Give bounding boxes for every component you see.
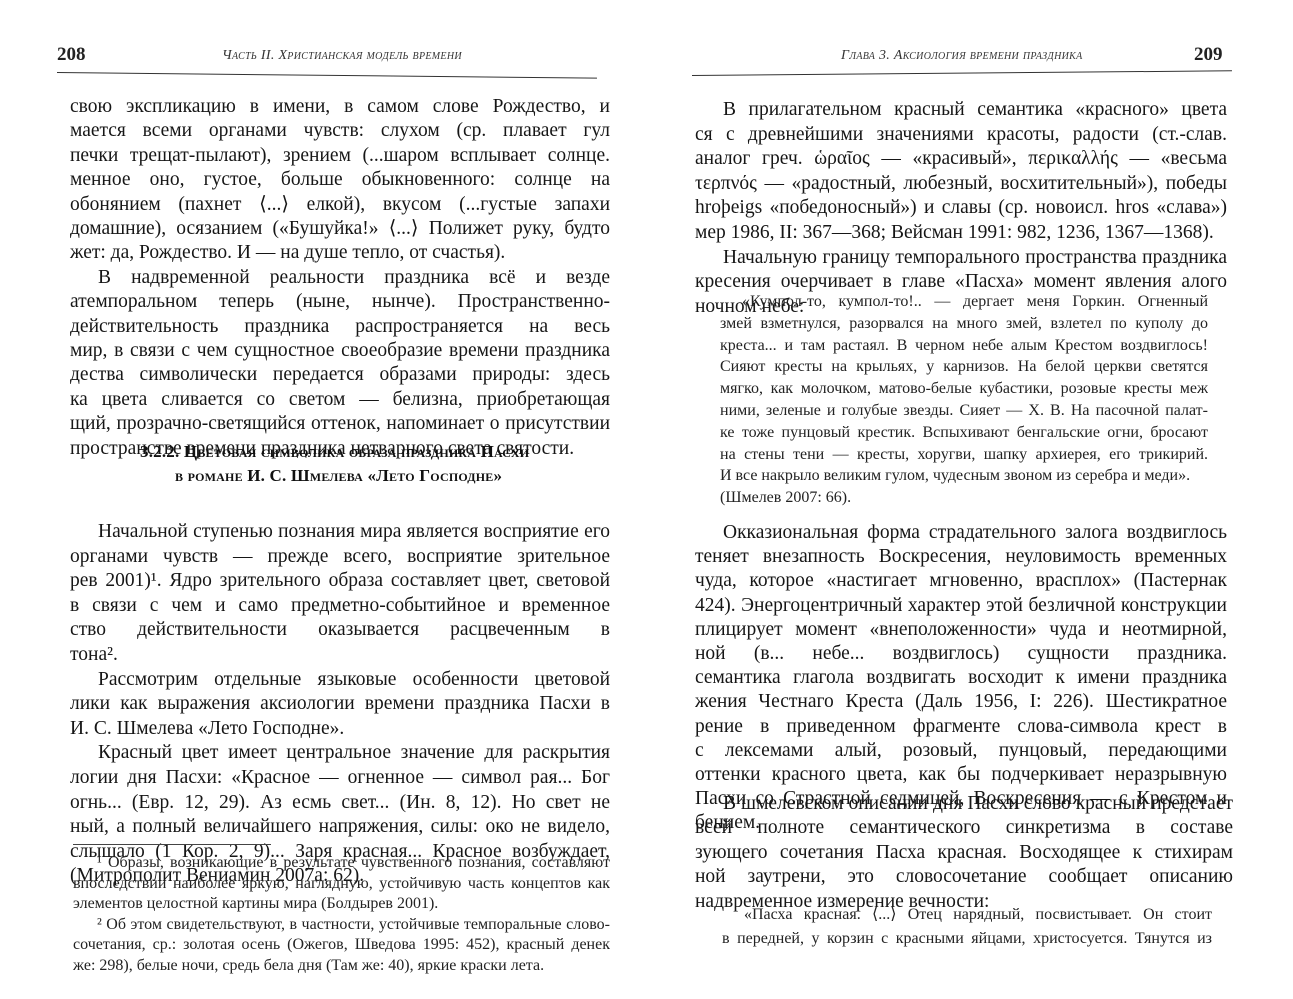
text-line: тона². (70, 643, 118, 667)
text-line: 424). Энергоцентричный характер этой без… (695, 594, 1227, 618)
text-line: действительность праздника распространяе… (70, 315, 610, 339)
footnote-line: ¹ Образы, возникающие в результате чувст… (97, 853, 610, 874)
text-line: Красный цвет имеет центральное значение … (98, 741, 610, 766)
text-line: логии дня Пасхи: «Красное — огненное — с… (70, 766, 610, 791)
text-line: мир, в связи с чем сущностное своеобрази… (70, 339, 610, 363)
right-page: Глава 3. Аксиология времени праздника 20… (650, 0, 1293, 999)
text-line: рение в приведенном фрагменте слова-симв… (695, 715, 1227, 739)
text-line: дества символически передается образами … (70, 363, 610, 387)
text-line: зующего сочетания Пасха красная. Восходя… (695, 841, 1233, 865)
text-line: Начальной ступенью познания мира являетс… (98, 520, 610, 545)
text-line: всей полноте семантического синкретизма … (695, 816, 1233, 840)
footnote-line: элементов целостной картины мира (Болдыр… (73, 894, 438, 914)
text-line: рев 2001)¹. Ядро зрительного образа сост… (70, 569, 610, 594)
text-line: Рассмотрим отдельные языковые особенност… (98, 668, 610, 693)
text-line: ной заутрени, это словосочетание сообщае… (695, 865, 1233, 889)
text-line: с лексемами алый, розовый, пунцовый, пер… (695, 739, 1227, 763)
text-line: мер 1986, II: 367—368; Вейсман 1991: 982… (695, 221, 1214, 245)
text-line: ной (в... небе... воздвиглось) сущности … (695, 642, 1227, 666)
text-line: семантика глагола воздвигать восходит к … (695, 666, 1227, 690)
text-line: мается всеми органами чувств: слухом (ср… (70, 119, 610, 143)
quote-line: мягко, как молочком, матово-белые кубаст… (720, 379, 1208, 401)
header-rule (692, 70, 1232, 76)
quote-line: «Пасха красная. ⟨...⟩ Отец нарядный, пос… (744, 905, 1212, 929)
text-line: огнь... (Евр. 12, 29). Аз есмь свет... (… (70, 791, 610, 816)
quote-line: «Кумпол-то, кумпол-то!.. — дергает меня … (742, 292, 1208, 314)
text-line: ный, а полный величайшего напряжения, си… (70, 815, 610, 840)
quote-line: Сияют кресты на крыльях, у карнизов. На … (720, 357, 1208, 379)
header-rule (57, 72, 597, 79)
footnote-rule (73, 844, 271, 845)
text-line: Окказиональная форма страдательного зало… (723, 521, 1227, 545)
text-line: домашние), осязанием («Бушуйка!» ⟨...⟩ П… (70, 217, 610, 241)
quote-line: ке тоже пунцовый крестик. Вспыхивают бен… (720, 423, 1208, 445)
text-line: Начальную границу темпорального простран… (723, 246, 1227, 271)
text-line: оттенки красного цвета, как бы подчеркив… (695, 763, 1227, 787)
quote-line: змей взметнулся, разорвался на много зме… (720, 314, 1208, 336)
quote-line: И все накрыло великим гулом, чудесным зв… (720, 466, 1190, 486)
footnote-line: ² Об этом свидетельствуют, в частности, … (97, 915, 610, 936)
text-line: В надвременной реальности праздника всё … (98, 266, 610, 290)
text-line: ся с древнейшими значениями красоты, рад… (695, 123, 1227, 148)
text-line: аналог греч. ὡραῖος — «красивый», περικα… (695, 147, 1227, 172)
quote-line: креста... и там растаял. В черном небе а… (720, 336, 1208, 358)
left-page: 208 Часть II. Христианская модель времен… (0, 0, 640, 999)
quote-line: в передней, у корзин с красными яйцами, … (722, 929, 1212, 953)
text-line: лики как выражения аксиологии времени пр… (70, 692, 610, 717)
text-line: чуда, которое «настигает мгновенно, врас… (695, 569, 1227, 593)
text-line: обонянием (пахнет ⟨...⟩ елкой), вкусом (… (70, 193, 610, 217)
quote-line: ними, зеленые и голубые звезды. Сияет — … (720, 401, 1208, 423)
text-line: ство действительности оказывается расцве… (70, 618, 610, 643)
footnote-line: впоследствии наиболее яркую, наглядную, … (73, 874, 610, 895)
text-line: атемпоральном теперь (ныне, нынче). Прос… (70, 290, 610, 314)
text-line: И. С. Шмелева «Лето Господне». (70, 717, 344, 741)
text-line: органами чувств — прежде всего, восприят… (70, 545, 610, 570)
text-line: жет: да, Рождество. И — на душе тепло, о… (70, 241, 505, 265)
text-line: менное оно, густое, больше обыкновенного… (70, 168, 610, 192)
text-line: ка цвета сливается со светом — белизна, … (70, 388, 610, 412)
page-number: 208 (57, 44, 86, 66)
text-line: плицирует момент «внеположенности» чуда … (695, 618, 1227, 642)
running-head: Глава 3. Аксиология времени праздника (841, 48, 1083, 64)
text-line: τερπνός — «радостный, любезный, восхитит… (695, 172, 1227, 197)
footnote-line: сочетания, ср.: золотая осень (Ожегов, Ш… (73, 935, 610, 956)
section-heading-line2: в романе И. С. Шмелева «Лето Господне» (175, 466, 502, 486)
text-line: жения Честнаго Креста (Даль 1956, I: 226… (695, 690, 1227, 714)
quote-line: на стены тени — кресты, хоругви, шапку а… (720, 445, 1208, 467)
footnote-line: же: 298), белые ночи, средь бела дня (Та… (73, 956, 544, 976)
text-line: в связи с чем и само предметно-событийно… (70, 594, 610, 619)
page-number: 209 (1194, 44, 1223, 66)
text-line: печки трещат-пылают), зрением (...шаром … (70, 144, 610, 168)
text-line: В шмелевском описании дня Пасхи слово кр… (723, 792, 1233, 816)
running-head: Часть II. Христианская модель времени (222, 48, 462, 64)
text-line: щий, прозрачно-светящийся оттенок, напом… (70, 412, 610, 436)
quote-line: (Шмелев 2007: 66). (720, 488, 851, 508)
text-line: hroþeigs «победоносный») и славы (ср. но… (695, 196, 1227, 221)
text-line: теняет внезапность Воскресения, неуловим… (695, 545, 1227, 569)
text-line: свою экспликацию в имени, в самом слове … (70, 95, 610, 119)
section-heading: 3.2.2. Цветовая символика образа праздни… (140, 442, 529, 462)
text-line: В прилагательном красный семантика «крас… (723, 98, 1227, 123)
